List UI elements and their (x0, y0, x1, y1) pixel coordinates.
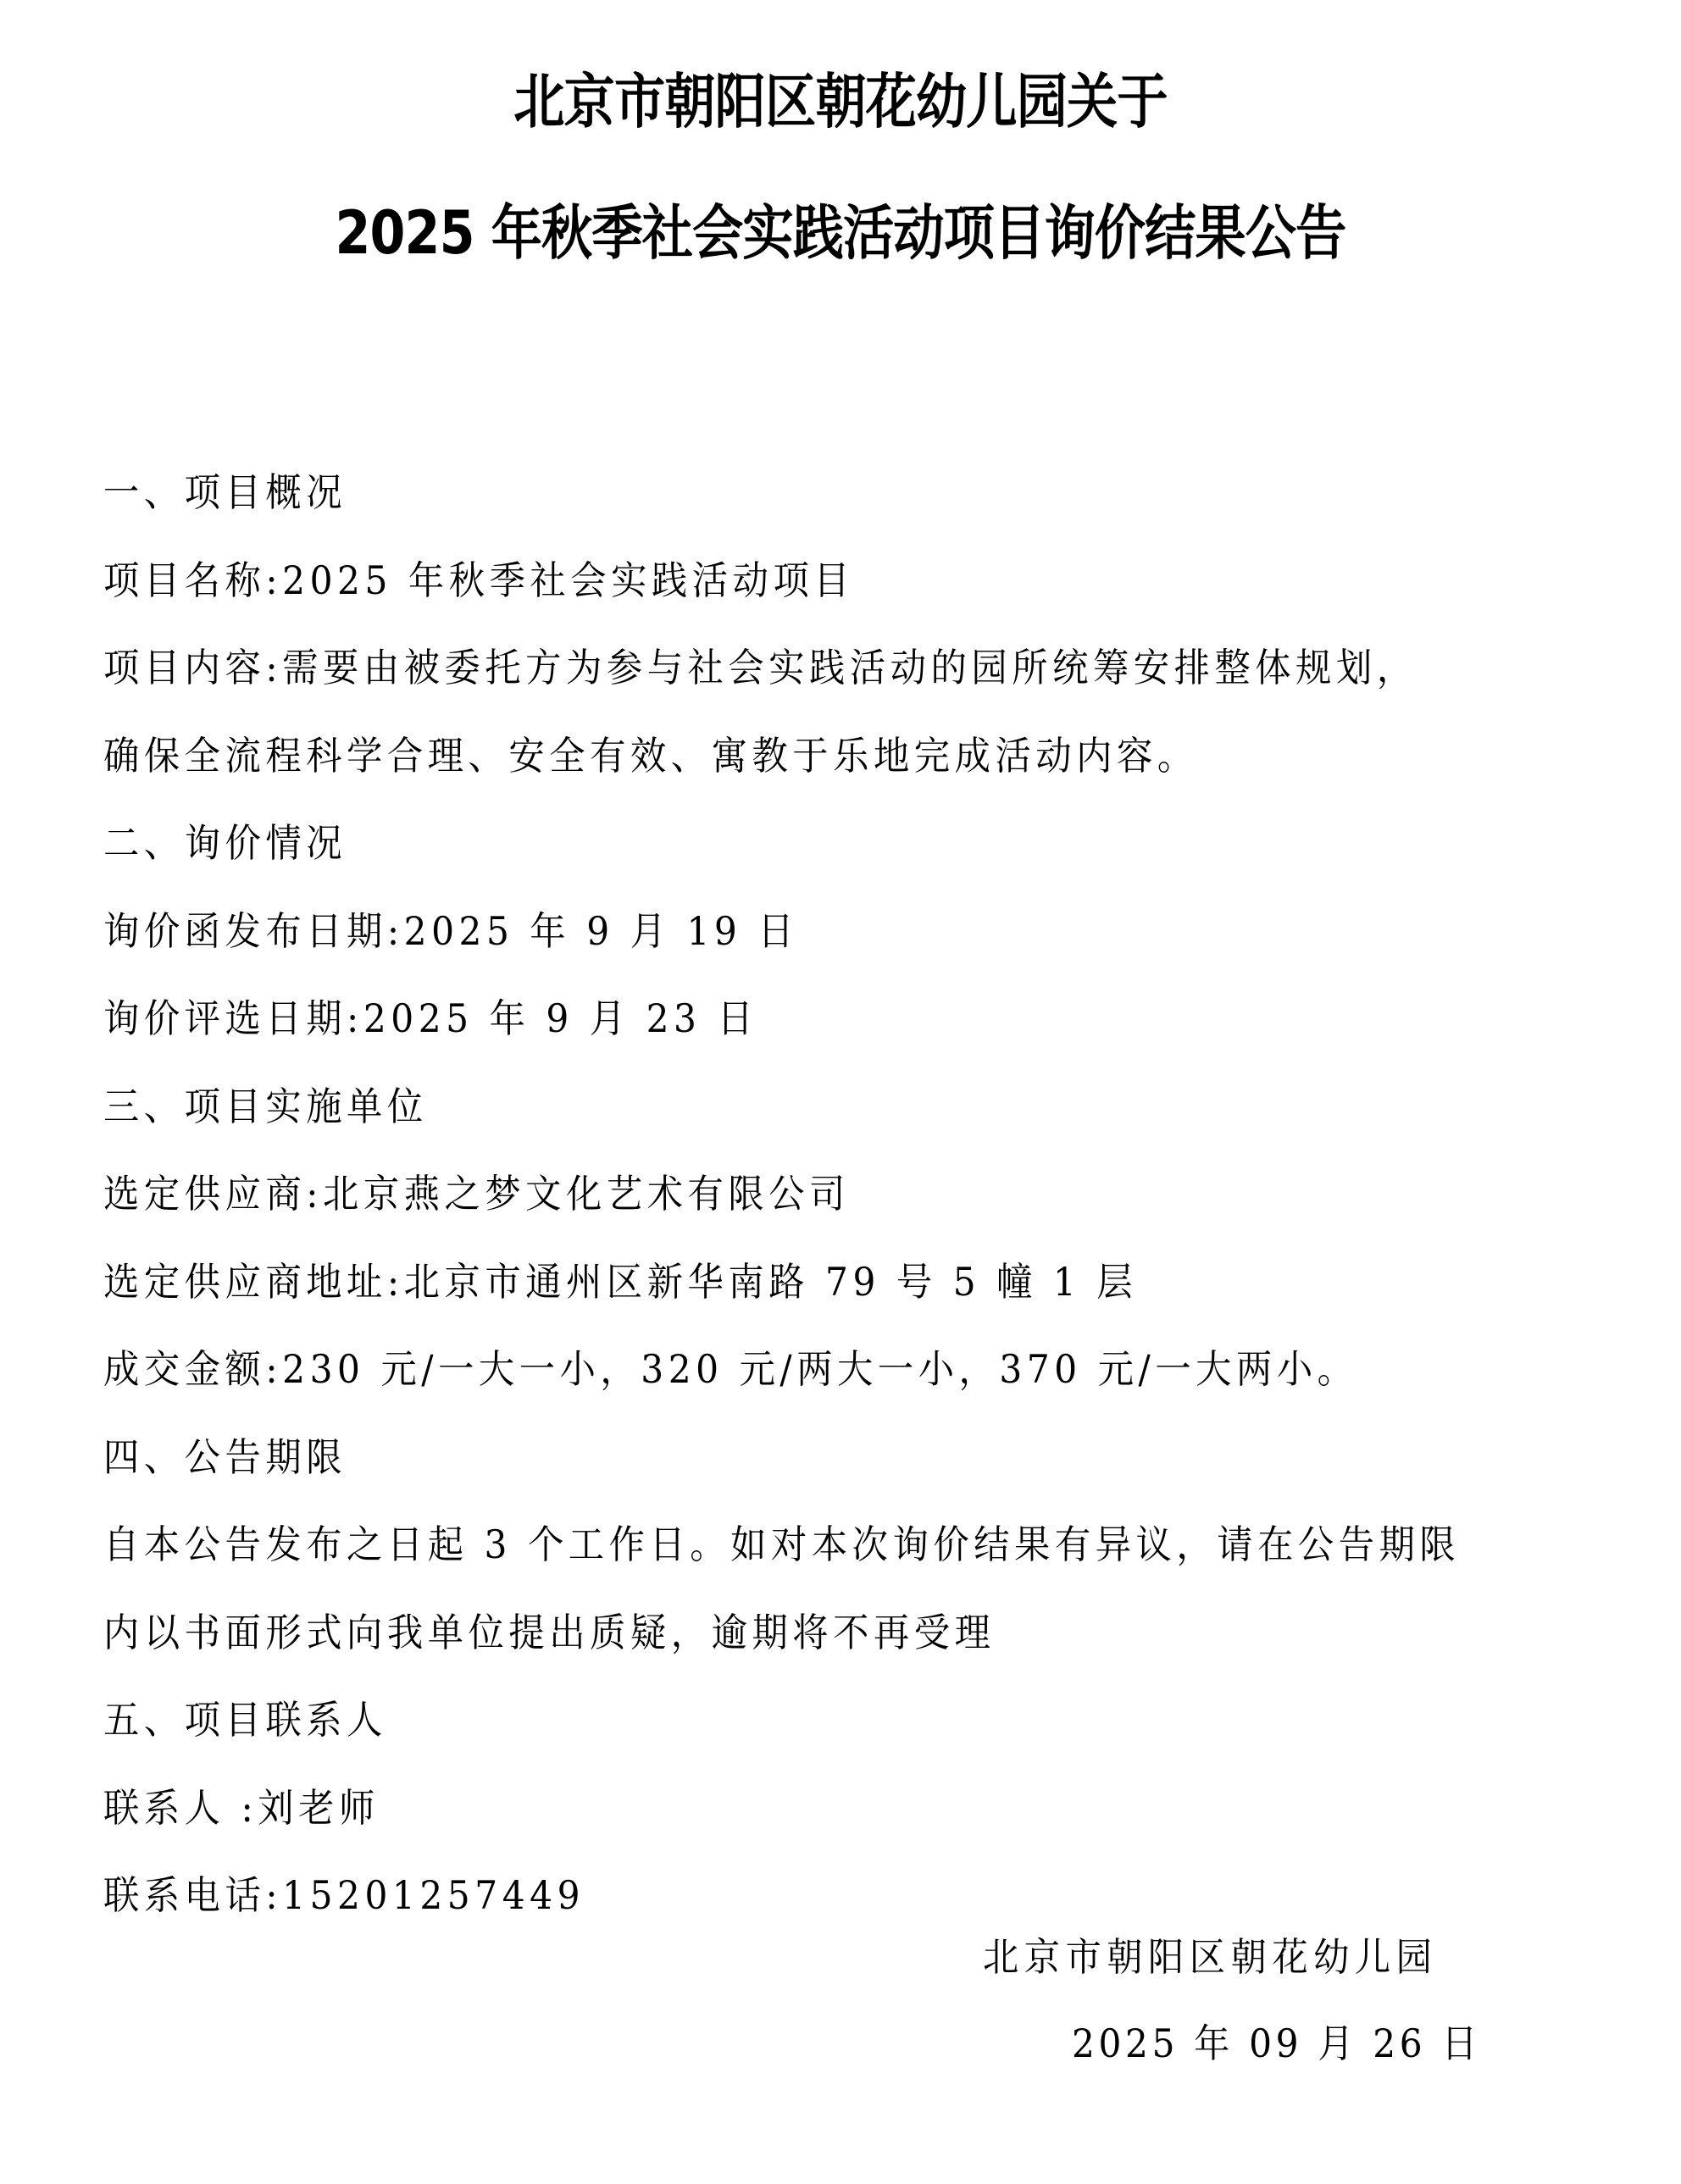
section-heading-inquiry: 二、询价情况 (103, 800, 1475, 888)
phone-label: 联系电话: (103, 1872, 282, 1918)
project-name-label: 项目名称: (103, 557, 282, 603)
issue-date-row: 询价函发布日期:2025 年 9 月 19 日 (103, 888, 1475, 976)
eval-date-value: 2025 年 9 月 23 日 (363, 995, 758, 1041)
supplier-value: 北京燕之梦文化艺术有限公司 (323, 1171, 850, 1217)
project-content-line2: 确保全流程科学合理、安全有效、寓教于乐地完成活动内容。 (103, 712, 1475, 801)
address-label: 选定供应商地址: (103, 1259, 404, 1305)
project-name-value: 2025 年秋季社会实践活动项目 (282, 557, 854, 603)
issue-date-label: 询价函发布日期: (103, 908, 404, 954)
project-name-row: 项目名称:2025 年秋季社会实践活动项目 (103, 537, 1475, 625)
section-heading-contact: 五、项目联系人 (103, 1677, 1475, 1765)
contact-row: 联系人 :刘老师 (103, 1765, 1475, 1853)
amount-row: 成交金额:230 元/一大一小，320 元/两大一小，370 元/一大两小。 (103, 1326, 1475, 1414)
signature-date: 2025 年 09 月 26 日 (1072, 2016, 1481, 2070)
issue-date-value: 2025 年 9 月 19 日 (404, 908, 799, 954)
contact-label: 联系人 : (103, 1785, 258, 1831)
phone-row: 联系电话:15201257449 (103, 1852, 1475, 1940)
notice-period-line2: 内以书面形式向我单位提出质疑，逾期将不再受理 (103, 1589, 1475, 1677)
address-row: 选定供应商地址:北京市通州区新华南路 79 号 5 幢 1 层 (103, 1239, 1475, 1327)
address-value: 北京市通州区新华南路 79 号 5 幢 1 层 (404, 1259, 1138, 1305)
notice-period-line1: 自本公告发布之日起 3 个工作日。如对本次询价结果有异议，请在公告期限 (103, 1501, 1475, 1589)
amount-value: 230 元/一大一小，320 元/两大一小，370 元/一大两小。 (282, 1346, 1357, 1392)
signature-organization: 北京市朝阳区朝花幼儿园 (983, 1930, 1437, 1984)
phone-value: 15201257449 (282, 1872, 585, 1918)
section-heading-implementer: 三、项目实施单位 (103, 1063, 1475, 1151)
eval-date-label: 询价评选日期: (103, 995, 363, 1041)
section-heading-notice-period: 四、公告期限 (103, 1414, 1475, 1502)
document-title-line2: 2025 年秋季社会实践活动项目询价结果公告 (118, 195, 1563, 271)
supplier-row: 选定供应商:北京燕之梦文化艺术有限公司 (103, 1150, 1475, 1239)
project-content-line1: 需要由被委托方为参与社会实践活动的园所统筹安排整体规划， (282, 645, 1417, 690)
eval-date-row: 询价评选日期:2025 年 9 月 23 日 (103, 975, 1475, 1063)
project-content-row: 项目内容:需要由被委托方为参与社会实践活动的园所统筹安排整体规划， (103, 624, 1475, 712)
project-content-label: 项目内容: (103, 645, 282, 690)
contact-value: 刘老师 (258, 1785, 380, 1831)
section-heading-overview: 一、项目概况 (103, 449, 1475, 537)
document-title-line1: 北京市朝阳区朝花幼儿园关于 (118, 64, 1563, 140)
document-body: 一、项目概况 项目名称:2025 年秋季社会实践活动项目 项目内容:需要由被委托… (103, 449, 1595, 1940)
amount-label: 成交金额: (103, 1346, 282, 1392)
supplier-label: 选定供应商: (103, 1171, 323, 1217)
